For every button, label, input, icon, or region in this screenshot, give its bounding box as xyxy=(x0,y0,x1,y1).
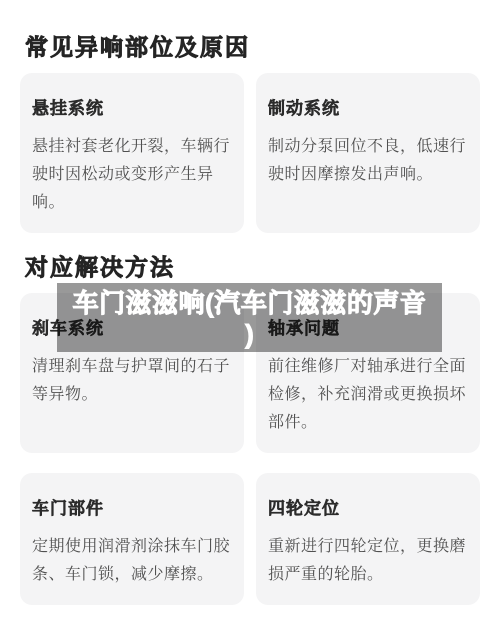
card-body: 清理刹车盘与护罩间的石子等异物。 xyxy=(32,353,232,409)
section-heading-causes: 常见异响部位及原因 xyxy=(25,0,480,61)
card-braking-system: 制动系统 制动分泵回位不良，低速行驶时因摩擦发出声响。 xyxy=(256,73,480,233)
card-body: 重新进行四轮定位，更换磨损严重的轮胎。 xyxy=(268,533,468,589)
card-body: 前往维修厂对轴承进行全面检修，补充润滑或更换损坏部件。 xyxy=(268,353,468,437)
page-title-line1: 车门滋滋响(汽车门滋滋的声音 xyxy=(57,286,442,320)
page-title-overlay: 车门滋滋响(汽车门滋滋的声音 ) xyxy=(57,283,442,352)
card-suspension-system: 悬挂系统 悬挂衬套老化开裂，车辆行驶时因松动或变形产生异响。 xyxy=(20,73,244,233)
card-title: 车门部件 xyxy=(32,499,232,519)
card-body: 制动分泵回位不良，低速行驶时因摩擦发出声响。 xyxy=(268,133,468,189)
card-body: 定期使用润滑剂涂抹车门胶条、车门锁，减少摩擦。 xyxy=(32,533,232,589)
card-title: 四轮定位 xyxy=(268,499,468,519)
page-title-line2: ) xyxy=(57,320,442,349)
card-body: 悬挂衬套老化开裂，车辆行驶时因松动或变形产生异响。 xyxy=(32,133,232,217)
section-heading-solutions: 对应解决方法 xyxy=(25,253,480,281)
card-wheel-alignment: 四轮定位 重新进行四轮定位，更换磨损严重的轮胎。 xyxy=(256,473,480,605)
causes-card-grid: 悬挂系统 悬挂衬套老化开裂，车辆行驶时因松动或变形产生异响。 制动系统 制动分泵… xyxy=(20,73,480,233)
card-title: 制动系统 xyxy=(268,99,468,119)
card-title: 悬挂系统 xyxy=(32,99,232,119)
card-door-parts: 车门部件 定期使用润滑剂涂抹车门胶条、车门锁，减少摩擦。 xyxy=(20,473,244,605)
